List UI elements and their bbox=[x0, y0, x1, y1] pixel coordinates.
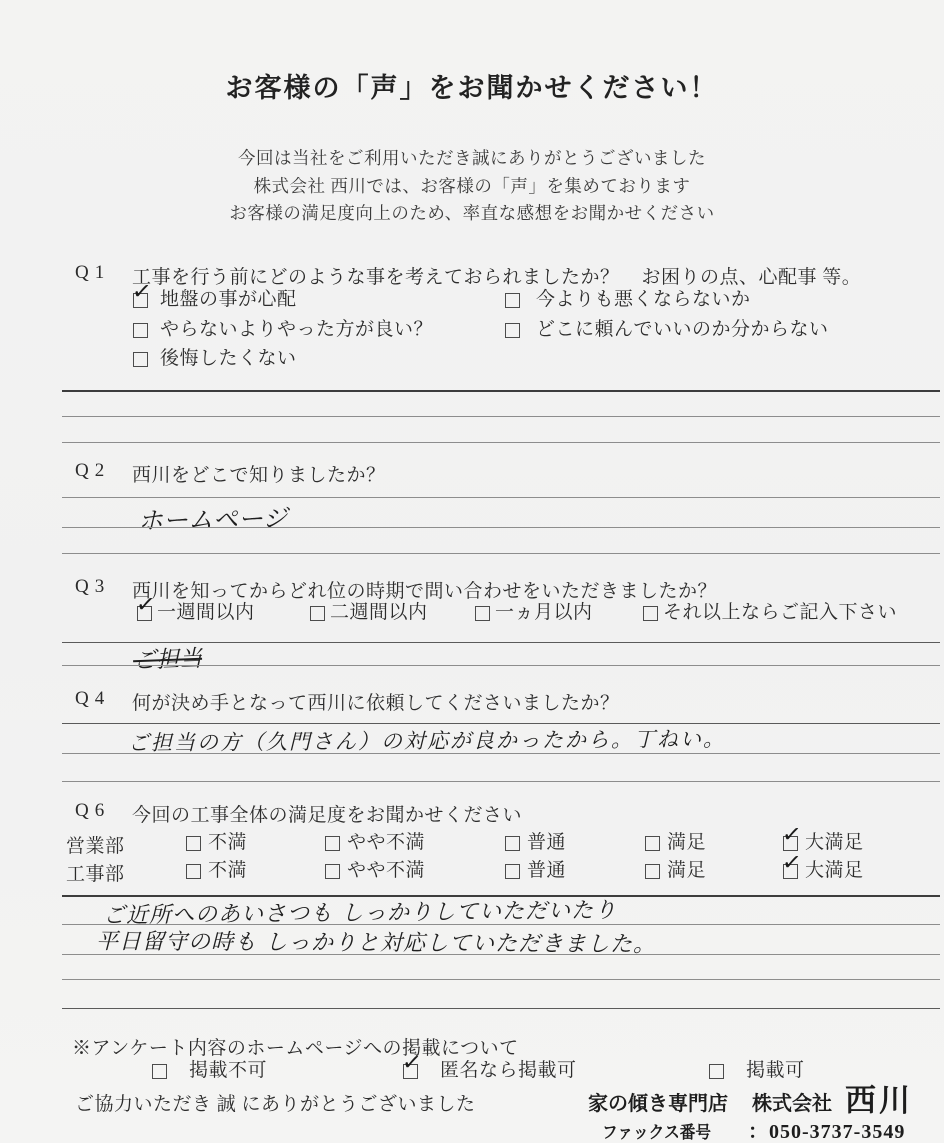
checkbox: ✓ bbox=[643, 606, 658, 621]
checkbox: ✓ bbox=[645, 836, 660, 851]
answer-line bbox=[62, 442, 940, 443]
q6-sales-yayafuman: ✓ やや不満 bbox=[325, 831, 425, 855]
q1-label: Q1 bbox=[75, 262, 110, 284]
checkbox: ✓ bbox=[505, 836, 520, 851]
rating-label: 普通 bbox=[527, 859, 566, 883]
checkbox: ✓ bbox=[403, 1064, 418, 1079]
check-mark-icon: ✓ bbox=[781, 850, 803, 876]
q1-option-dokonitanomu: ✓ どこに頼んでいいのか分からない bbox=[505, 318, 829, 342]
q2-handwritten-answer: ホームページ bbox=[138, 499, 288, 538]
checkbox: ✓ bbox=[645, 864, 660, 879]
q6-label: Q6 bbox=[75, 800, 110, 822]
q1-option-label: 後悔したくない bbox=[160, 347, 297, 371]
q6-sales-fuman: ✓ 不満 bbox=[186, 831, 247, 855]
q3-option-1month: ✓ 一ヵ月以内 bbox=[475, 601, 593, 625]
q2-label: Q2 bbox=[75, 460, 110, 482]
publish-option-label: 匿名なら掲載可 bbox=[440, 1059, 577, 1083]
rating-label: 満足 bbox=[667, 831, 706, 855]
publish-option-no: ✓ 掲載不可 bbox=[152, 1059, 267, 1083]
q6-dept-construction: 工事部 bbox=[66, 859, 125, 886]
checkbox: ✓ bbox=[475, 606, 490, 621]
checkbox: ✓ bbox=[325, 836, 340, 851]
footer-fax-label: ファックス番号 bbox=[602, 1118, 711, 1143]
q1-option-koukai: ✓ 後悔したくない bbox=[133, 347, 297, 371]
q6-const-yayafuman: ✓ やや不満 bbox=[325, 859, 425, 883]
q3-option-label: それ以上ならご記入下さい bbox=[663, 601, 897, 625]
rating-label: 不満 bbox=[208, 859, 247, 883]
q1-question: 工事を行う前にどのような事を考えておられましたか？お困りの点、心配事 等。 bbox=[132, 262, 861, 289]
checkbox: ✓ bbox=[133, 352, 148, 367]
q3-label: Q3 bbox=[75, 576, 110, 598]
checkbox: ✓ bbox=[325, 864, 340, 879]
check-mark-icon: ✓ bbox=[781, 822, 803, 848]
footer-brand-logo: 西川 bbox=[845, 1075, 913, 1120]
rating-label: 普通 bbox=[527, 831, 566, 855]
q2-question: 西川をどこで知りましたか？ bbox=[132, 460, 386, 487]
q4-label: Q4 bbox=[75, 688, 110, 710]
publish-option-anonymous: ✓ 匿名なら掲載可 bbox=[403, 1059, 577, 1083]
answer-line bbox=[62, 781, 940, 782]
rating-label: 満足 bbox=[667, 859, 706, 883]
checkbox: ✓ bbox=[505, 293, 520, 308]
publish-option-label: 掲載不可 bbox=[189, 1059, 267, 1083]
check-mark-icon: ✓ bbox=[401, 1050, 423, 1076]
q6-sales-manzoku: ✓ 満足 bbox=[645, 831, 706, 855]
answer-line bbox=[62, 390, 940, 392]
q3-option-1week: ✓ 一週間以内 bbox=[137, 601, 255, 625]
rating-label: やや不満 bbox=[347, 859, 425, 883]
q6-const-fuman: ✓ 不満 bbox=[186, 859, 247, 883]
answer-line bbox=[62, 979, 940, 980]
q1-option-label: 今よりも悪くならないか bbox=[536, 288, 751, 312]
checkbox: ✓ bbox=[186, 836, 201, 851]
q1-question-text: 工事を行う前にどのような事を考えておられましたか？ bbox=[132, 267, 620, 288]
q3-option-more: ✓ それ以上ならご記入下さい bbox=[643, 601, 897, 625]
publish-option-yes: ✓ 掲載可 bbox=[709, 1059, 805, 1083]
checkbox: ✓ bbox=[505, 864, 520, 879]
q6-dept-sales: 営業部 bbox=[66, 831, 125, 858]
answer-line bbox=[62, 416, 940, 417]
footer-shop-type: 家の傾き専門店 bbox=[588, 1087, 728, 1116]
answer-line bbox=[62, 1008, 940, 1009]
q1-option-warukunaranaika: ✓ 今よりも悪くならないか bbox=[505, 288, 751, 312]
footer-company: 株式会社 bbox=[752, 1087, 832, 1116]
checkbox: ✓ bbox=[186, 864, 201, 879]
answer-line bbox=[62, 954, 940, 955]
q3-option-label: 二週間以内 bbox=[330, 601, 428, 625]
q6-const-manzoku: ✓ 満足 bbox=[645, 859, 706, 883]
q3-option-label: 一週間以内 bbox=[157, 601, 255, 625]
checkbox: ✓ bbox=[133, 293, 148, 308]
check-mark-icon: ✓ bbox=[131, 279, 153, 305]
footer-fax-number: ：050-3737-3549 bbox=[748, 1115, 905, 1143]
q3-crossed-out-handwriting: ご担当 bbox=[132, 640, 202, 675]
intro-line-1: 今回は当社をご利用いただき誠にありがとうございました bbox=[0, 145, 944, 170]
q1-option-yattahougayoi: ✓ やらないよりやった方が良い？ bbox=[133, 318, 433, 342]
q4-handwritten-answer: ご担当の方（久門さん）の対応が良かったから。丁ねい。 bbox=[128, 723, 726, 757]
form-title: お客様の「声」をお聞かせください！ bbox=[0, 66, 944, 105]
q6-const-futsuu: ✓ 普通 bbox=[505, 859, 566, 883]
intro-line-3: お客様の満足度向上のため、率直な感想をお聞かせください bbox=[0, 200, 944, 225]
thanks-message: ご協力いただき 誠 にありがとうございました bbox=[75, 1089, 476, 1116]
q4-question: 何が決め手となって西川に依頼してくださいましたか？ bbox=[132, 688, 620, 715]
rating-label: 大満足 bbox=[805, 859, 864, 883]
answer-line bbox=[62, 497, 940, 498]
publish-note: ※アンケート内容のホームページへの掲載について bbox=[72, 1033, 519, 1060]
q6-const-daimanzoku: ✓ 大満足 bbox=[783, 859, 864, 883]
q6-question: 今回の工事全体の満足度をお聞かせください bbox=[132, 800, 522, 827]
rating-label: やや不満 bbox=[347, 831, 425, 855]
rating-label: 不満 bbox=[208, 831, 247, 855]
checkbox: ✓ bbox=[310, 606, 325, 621]
q3-question: 西川を知ってからどれ位の時期で問い合わせをいただきましたか？ bbox=[132, 576, 717, 603]
checkbox: ✓ bbox=[709, 1064, 724, 1079]
rating-label: 大満足 bbox=[805, 831, 864, 855]
answer-line bbox=[62, 553, 940, 554]
scanned-survey-form: お客様の「声」をお聞かせください！ 今回は当社をご利用いただき誠にありがとうござ… bbox=[0, 0, 944, 1143]
q1-question-note: お困りの点、心配事 等。 bbox=[642, 267, 862, 288]
checkbox: ✓ bbox=[783, 864, 798, 879]
answer-line bbox=[62, 665, 940, 666]
checkbox: ✓ bbox=[505, 323, 520, 338]
q1-option-label: やらないよりやった方が良い？ bbox=[160, 318, 433, 342]
q3-option-label: 一ヵ月以内 bbox=[495, 601, 593, 625]
checkbox: ✓ bbox=[152, 1064, 167, 1079]
q1-option-jiban: ✓ 地盤の事が心配 bbox=[133, 288, 297, 312]
q1-option-label: どこに頼んでいいのか分からない bbox=[536, 318, 829, 342]
publish-option-label: 掲載可 bbox=[746, 1059, 805, 1083]
checkbox: ✓ bbox=[133, 323, 148, 338]
intro-line-2: 株式会社 西川では、お客様の「声」を集めております bbox=[0, 173, 944, 198]
answer-line bbox=[62, 527, 940, 528]
q1-option-label: 地盤の事が心配 bbox=[160, 288, 297, 312]
checkbox: ✓ bbox=[137, 606, 152, 621]
q3-option-2weeks: ✓ 二週間以内 bbox=[310, 601, 428, 625]
check-mark-icon: ✓ bbox=[135, 592, 157, 618]
q6-sales-futsuu: ✓ 普通 bbox=[505, 831, 566, 855]
answer-line bbox=[62, 753, 940, 754]
